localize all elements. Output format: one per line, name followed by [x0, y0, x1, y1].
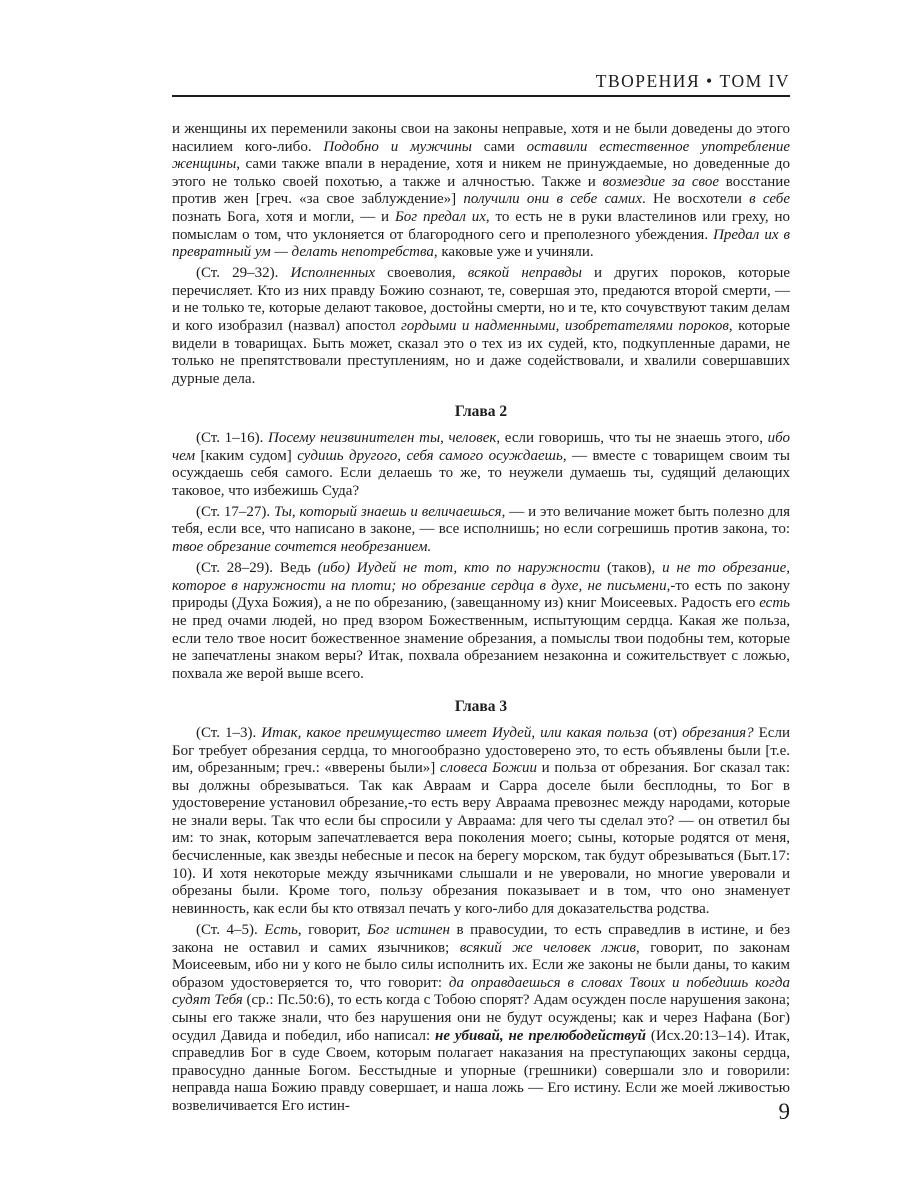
text-run: , если говоришь, что ты не знаешь этого,: [496, 430, 767, 446]
text-run: своеволия,: [375, 265, 468, 281]
running-header: ТВОРЕНИЯ • ТОМ IV: [172, 70, 790, 97]
volume-title: ТВОРЕНИЯ • ТОМ IV: [172, 70, 790, 92]
text-run: есть: [759, 595, 790, 611]
chapter-heading: Глава 3: [172, 698, 790, 716]
text-run: сами: [472, 139, 527, 155]
text-run: Посему неизвинителен ты, человек: [268, 430, 496, 446]
text-run: Бог истинен: [367, 922, 450, 938]
text-run: судишь другого, себя самого осуждаешь: [297, 448, 563, 464]
text-run: Есть: [264, 922, 297, 938]
book-page: ТВОРЕНИЯ • ТОМ IV и женщины их переменил…: [0, 0, 900, 1200]
text-run: Ты, который знаешь и величаешься: [274, 504, 502, 520]
paragraph: и женщины их переменили законы свои на з…: [172, 121, 790, 262]
text-run: (ибо) Иудей не тот, кто по наружности: [318, 560, 601, 576]
paragraph: (Ст. 1–16). Посему неизвинителен ты, чел…: [172, 430, 790, 500]
text-run: , каковые уже и учиняли.: [434, 244, 594, 260]
text-run: , говорит,: [298, 922, 367, 938]
text-run: и польза от обрезания. Бог сказал так: в…: [172, 760, 790, 917]
text-run: твое обрезание сочтется необрезанием.: [172, 539, 431, 555]
text-run: [каким судом]: [195, 448, 297, 464]
text-run: гордыми и надменными, изобретателями пор…: [401, 318, 729, 334]
paragraph: (Ст. 28–29). Ведь (ибо) Иудей не тот, кт…: [172, 560, 790, 683]
text-run: не убивай, не прелюбодействуй: [435, 1028, 646, 1044]
text-run: (Ст. 4–5).: [196, 922, 264, 938]
text-run: (таков),: [600, 560, 662, 576]
text-run: (Ст. 1–16).: [196, 430, 268, 446]
page-number: 9: [172, 1098, 790, 1126]
header-rule: [172, 95, 790, 97]
paragraph: (Ст. 1–3). Итак, какое преимущество имее…: [172, 725, 790, 919]
text-run: Подобно и мужчины: [323, 139, 472, 155]
text-run: не пред очами людей, но пред взором Боже…: [172, 613, 790, 682]
paragraph: (Ст. 29–32). Исполненных своеволия, всяк…: [172, 265, 790, 388]
paragraph: (Ст. 17–27). Ты, который знаешь и велича…: [172, 504, 790, 557]
paragraph: (Ст. 4–5). Есть, говорит, Бог истинен в …: [172, 922, 790, 1116]
text-run: в себе: [749, 191, 790, 207]
text-run: Бог предал их: [395, 209, 486, 225]
text-run: (от): [648, 725, 682, 741]
text-run: получили они в себе самих: [463, 191, 642, 207]
text-run: всякий же человек лжив: [460, 940, 636, 956]
text-run: Исполненных: [291, 265, 375, 281]
chapter-heading: Глава 2: [172, 403, 790, 421]
page-content: и женщины их переменили законы свои на з…: [172, 121, 790, 1115]
text-run: Итак, какое преимущество имеет Иудей, ил…: [261, 725, 648, 741]
text-run: обрезания?: [682, 725, 754, 741]
text-run: (Ст. 17–27).: [196, 504, 274, 520]
text-run: . Не восхотели: [642, 191, 749, 207]
text-run: (Ст. 29–32).: [196, 265, 291, 281]
text-run: словеса Божии: [440, 760, 537, 776]
text-run: возмездие за свое: [603, 174, 719, 190]
text-run: (Ст. 28–29). Ведь: [196, 560, 318, 576]
text-run: всякой неправды: [468, 265, 582, 281]
text-run: (Ст. 1–3).: [196, 725, 261, 741]
text-run: познать Бога, хотя и могли, — и: [172, 209, 395, 225]
